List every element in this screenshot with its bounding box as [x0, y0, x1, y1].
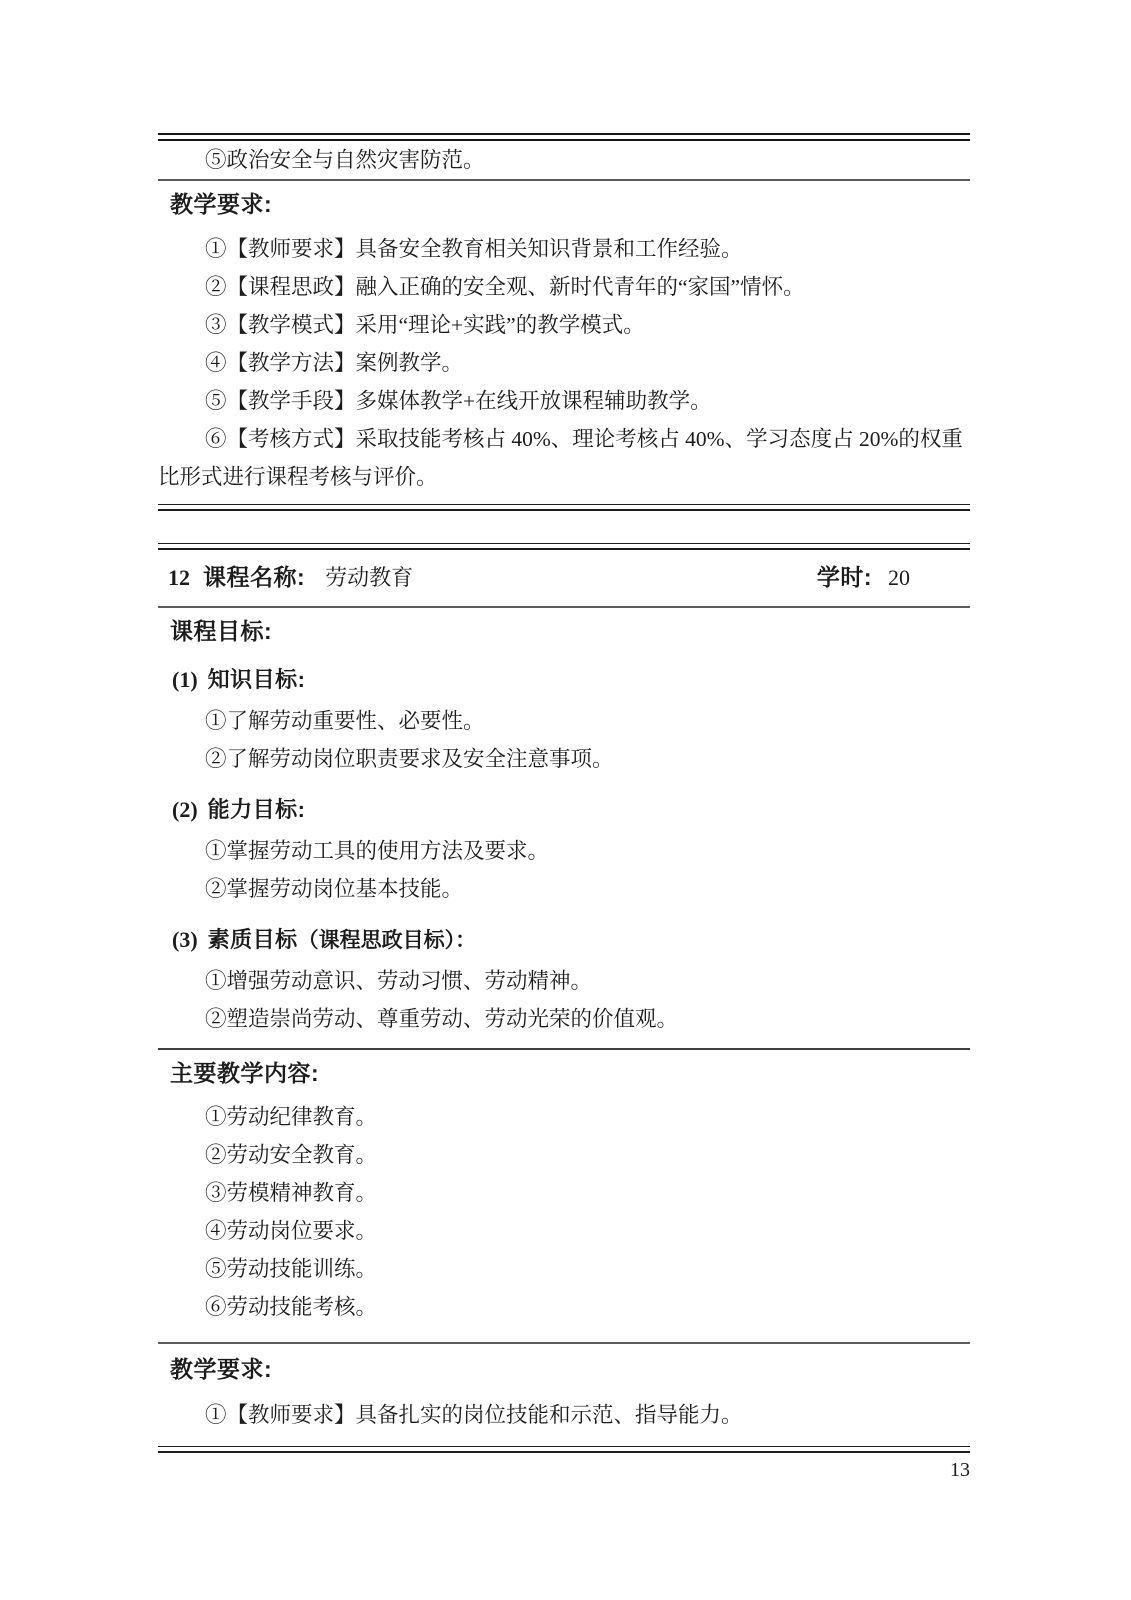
- objective-group-label: (2): [172, 797, 198, 822]
- course-objectives-heading: 课程目标:: [158, 614, 970, 648]
- objective-group-heading: (3)素质目标（课程思政目标）：: [158, 924, 970, 956]
- course-name: 劳动教育: [325, 565, 413, 590]
- objective-group-title-suffix: （课程思政目标）：: [298, 928, 477, 952]
- main-content-list: ①劳动纪律教育。 ②劳动安全教育。 ③劳模精神教育。 ④劳动岗位要求。 ⑤劳动技…: [158, 1098, 970, 1326]
- row-divider: [158, 606, 970, 608]
- objective-group-ability: (2)能力目标: ①掌握劳动工具的使用方法及要求。 ②掌握劳动岗位基本技能。: [158, 794, 970, 908]
- content-item: ①劳动纪律教育。: [158, 1098, 970, 1136]
- teaching-requirements-list: ①【教师要求】具备安全教育相关知识背景和工作经验。 ②【课程思政】融入正确的安全…: [158, 230, 970, 496]
- document-page: ⑤政治安全与自然灾害防范。 教学要求: ①【教师要求】具备安全教育相关知识背景和…: [0, 0, 1131, 1600]
- teaching-requirements-heading: 教学要求:: [158, 1352, 970, 1386]
- course-header-row: 12 课程名称: 劳动教育 学时: 20: [158, 550, 970, 606]
- objective-item: ②塑造崇尚劳动、尊重劳动、劳动光荣的价值观。: [158, 1000, 970, 1038]
- objective-group-label: (1): [172, 667, 198, 692]
- objective-items: ①掌握劳动工具的使用方法及要求。 ②掌握劳动岗位基本技能。: [158, 832, 970, 908]
- content-item: ②劳动安全教育。: [158, 1136, 970, 1174]
- row-divider: [158, 1342, 970, 1344]
- requirement-item: ④【教学方法】案例教学。: [158, 344, 970, 382]
- course-name-label: 课程名称:: [203, 564, 305, 590]
- content-item: ⑥劳动技能考核。: [158, 1288, 970, 1326]
- objective-group-heading: (2)能力目标:: [158, 794, 970, 826]
- row-divider: [158, 1048, 970, 1050]
- teaching-requirements-list: ①【教师要求】具备扎实的岗位技能和示范、指导能力。: [158, 1396, 970, 1434]
- course-hours-value: 20: [888, 565, 910, 590]
- content-item: ④劳动岗位要求。: [158, 1212, 970, 1250]
- objective-items: ①了解劳动重要性、必要性。 ②了解劳动岗位职责要求及安全注意事项。: [158, 702, 970, 778]
- section-top-divider: [158, 133, 970, 141]
- objective-item: ①增强劳动意识、劳动习惯、劳动精神。: [158, 962, 970, 1000]
- objective-item: ②掌握劳动岗位基本技能。: [158, 870, 970, 908]
- objective-item: ②了解劳动岗位职责要求及安全注意事项。: [158, 740, 970, 778]
- course-title-group: 12 课程名称: 劳动教育: [168, 562, 413, 596]
- objective-item: ①了解劳动重要性、必要性。: [158, 702, 970, 740]
- course-block-top-divider: [158, 543, 970, 550]
- page-bottom-divider: [158, 1446, 970, 1453]
- requirement-item: ⑥【考核方式】采取技能考核占 40%、理论考核占 40%、学习态度占 20%的权…: [158, 420, 970, 496]
- section-gap: [158, 511, 970, 543]
- objective-group-label: (3): [172, 927, 198, 952]
- requirement-item: ①【教师要求】具备安全教育相关知识背景和工作经验。: [158, 230, 970, 268]
- objective-group-title: 能力目标:: [208, 797, 306, 822]
- content-item: ③劳模精神教育。: [158, 1174, 970, 1212]
- requirement-item: ②【课程思政】融入正确的安全观、新时代青年的“家国”情怀。: [158, 268, 970, 306]
- row-divider: [158, 179, 970, 181]
- requirement-item: ⑤【教学手段】多媒体教学+在线开放课程辅助教学。: [158, 382, 970, 420]
- course-hours-label: 学时:: [817, 564, 872, 590]
- course-number: 12: [168, 565, 190, 590]
- objective-group-heading: (1)知识目标:: [158, 664, 970, 696]
- objective-items: ①增强劳动意识、劳动习惯、劳动精神。 ②塑造崇尚劳动、尊重劳动、劳动光荣的价值观…: [158, 962, 970, 1038]
- section-bottom-divider: [158, 504, 970, 511]
- prev-section-last-item: ⑤政治安全与自然灾害防范。: [158, 141, 970, 179]
- requirement-item: ①【教师要求】具备扎实的岗位技能和示范、指导能力。: [158, 1396, 970, 1434]
- objective-group-knowledge: (1)知识目标: ①了解劳动重要性、必要性。 ②了解劳动岗位职责要求及安全注意事…: [158, 664, 970, 778]
- objective-group-title: 知识目标:: [208, 667, 306, 692]
- objective-item: ①掌握劳动工具的使用方法及要求。: [158, 832, 970, 870]
- teaching-requirements-heading: 教学要求:: [158, 187, 970, 221]
- course-hours-group: 学时: 20: [817, 562, 910, 596]
- objective-group-title: 素质目标: [208, 927, 298, 952]
- page-content: ⑤政治安全与自然灾害防范。 教学要求: ①【教师要求】具备安全教育相关知识背景和…: [158, 133, 970, 1482]
- page-number: 13: [158, 1458, 970, 1482]
- main-content-heading: 主要教学内容:: [158, 1056, 970, 1090]
- content-item: ⑤劳动技能训练。: [158, 1250, 970, 1288]
- requirement-item: ③【教学模式】采用“理论+实践”的教学模式。: [158, 306, 970, 344]
- objective-group-quality: (3)素质目标（课程思政目标）： ①增强劳动意识、劳动习惯、劳动精神。 ②塑造崇…: [158, 924, 970, 1038]
